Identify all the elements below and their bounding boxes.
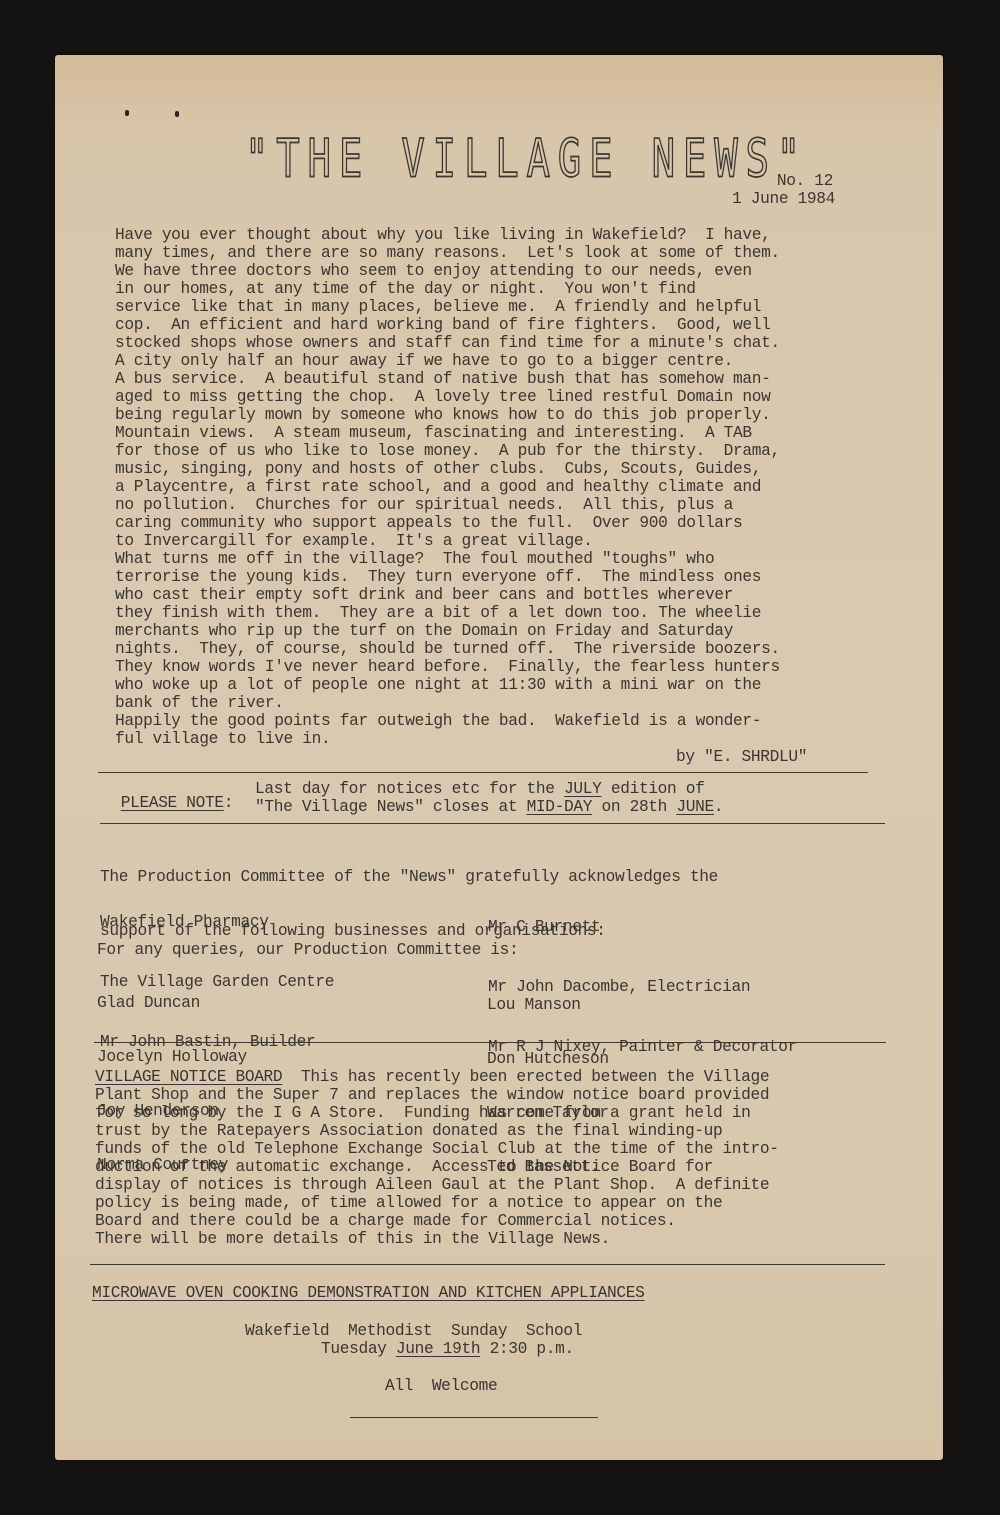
event-venue: Wakefield Methodist Sunday School <box>245 1322 582 1340</box>
article-line: in our homes, at any time of the day or … <box>115 280 696 298</box>
article-line: who cast their empty soft drink and beer… <box>115 586 733 604</box>
deadline-month: JUNE <box>676 798 713 816</box>
section-divider <box>94 1042 886 1043</box>
notice-board-line: Board and there could be a charge made f… <box>95 1212 676 1230</box>
event-welcome: All Welcome <box>385 1377 497 1395</box>
committee-member: Glad Duncan <box>97 994 247 1012</box>
article-line: We have three doctors who seem to enjoy … <box>115 262 752 280</box>
article-line: stocked shops whose owners and staff can… <box>115 334 780 352</box>
event-heading: MICROWAVE OVEN COOKING DEMONSTRATION AND… <box>92 1284 644 1302</box>
article-line: a Playcentre, a first rate school, and a… <box>115 478 761 496</box>
sponsor-name: Wakefield Pharmacy <box>100 912 334 932</box>
deadline-time: MID-DAY <box>527 798 593 816</box>
masthead-title: "THE VILLAGE NEWS" <box>245 128 808 189</box>
issue-info: No. 12 1 June 1984 <box>758 172 835 208</box>
article-line: What turns me off in the village? The fo… <box>115 550 714 568</box>
committee-member: Lou Manson <box>487 996 609 1014</box>
article-line: they finish with them. They are a bit of… <box>115 604 761 622</box>
article-line: Mountain views. A steam museum, fascinat… <box>115 424 752 442</box>
article-line: aged to miss getting the chop. A lovely … <box>115 388 771 406</box>
article-line: music, singing, pony and hosts of other … <box>115 460 761 478</box>
please-note-line-1: Last day for notices etc for the JULY ed… <box>255 780 705 798</box>
event-datetime: Tuesday June 19th 2:30 p.m. <box>321 1340 574 1358</box>
month-highlight: JULY <box>564 780 601 798</box>
article-line: A city only half an hour away if we have… <box>115 352 733 370</box>
committee-intro: For any queries, our Production Committe… <box>97 941 518 959</box>
notice-board-line: funds of the old Telephone Exchange Soci… <box>95 1140 779 1158</box>
notice-board-line: policy is being made, of time allowed fo… <box>95 1194 722 1212</box>
sponsor-name: Mr C Burnett <box>488 917 797 937</box>
committee-member: Jocelyn Holloway <box>97 1048 247 1066</box>
article-line: ful village to live in. <box>115 730 330 748</box>
please-note-line-2: "The Village News" closes at MID-DAY on … <box>255 798 723 816</box>
committee-member: Don Hutcheson <box>487 1050 609 1068</box>
article-line: who woke up a lot of people one night at… <box>115 676 761 694</box>
please-note-section: PLEASE NOTE: <box>102 776 233 812</box>
notice-board-line: There will be more details of this in th… <box>95 1230 610 1248</box>
article-line: terrorise the young kids. They turn ever… <box>115 568 761 586</box>
article-line: Have you ever thought about why you like… <box>115 226 771 244</box>
punch-hole-mark <box>125 110 129 116</box>
article-line: no pollution. Churches for our spiritual… <box>115 496 733 514</box>
notice-board-line: duction of the automatic exchange. Acces… <box>95 1158 713 1176</box>
notice-board-first-line: VILLAGE NOTICE BOARD This has recently b… <box>95 1068 769 1086</box>
section-divider <box>98 772 868 773</box>
notice-board-heading: VILLAGE NOTICE BOARD <box>95 1068 282 1086</box>
article-line: being regularly mown by someone who know… <box>115 406 771 424</box>
article-byline: by "E. SHRDLU" <box>676 748 807 766</box>
article-line: cop. An efficient and hard working band … <box>115 316 771 334</box>
section-divider <box>90 1264 885 1265</box>
article-line: to Invercargill for example. It's a grea… <box>115 532 593 550</box>
article-line: Happily the good points far outweigh the… <box>115 712 761 730</box>
article-line: nights. They, of course, should be turne… <box>115 640 780 658</box>
article-line: many times, and there are so many reason… <box>115 244 780 262</box>
article-line: A bus service. A beautiful stand of nati… <box>115 370 771 388</box>
closing-divider <box>350 1417 598 1418</box>
punch-hole-mark <box>175 111 179 117</box>
article-line: merchants who rip up the turf on the Dom… <box>115 622 733 640</box>
issue-date: 1 June 1984 <box>732 190 835 208</box>
please-note-label: PLEASE NOTE <box>121 794 224 812</box>
notice-board-line: trust by the Ratepayers Association dona… <box>95 1122 722 1140</box>
notice-board-line: display of notices is through Aileen Gau… <box>95 1176 769 1194</box>
article-line: service like that in many places, believ… <box>115 298 761 316</box>
event-date: June 19th <box>396 1340 480 1358</box>
issue-number: No. 12 <box>758 172 835 190</box>
article-line: bank of the river. <box>115 694 284 712</box>
article-line: for those of us who like to lose money. … <box>115 442 780 460</box>
article-line: They know words I've never heard before.… <box>115 658 780 676</box>
article-line: caring community who support appeals to … <box>115 514 742 532</box>
section-divider <box>100 823 885 824</box>
notice-board-line: Plant Shop and the Super 7 and replaces … <box>95 1086 769 1104</box>
notice-board-line: for so long by the I G A Store. Funding … <box>95 1104 751 1122</box>
